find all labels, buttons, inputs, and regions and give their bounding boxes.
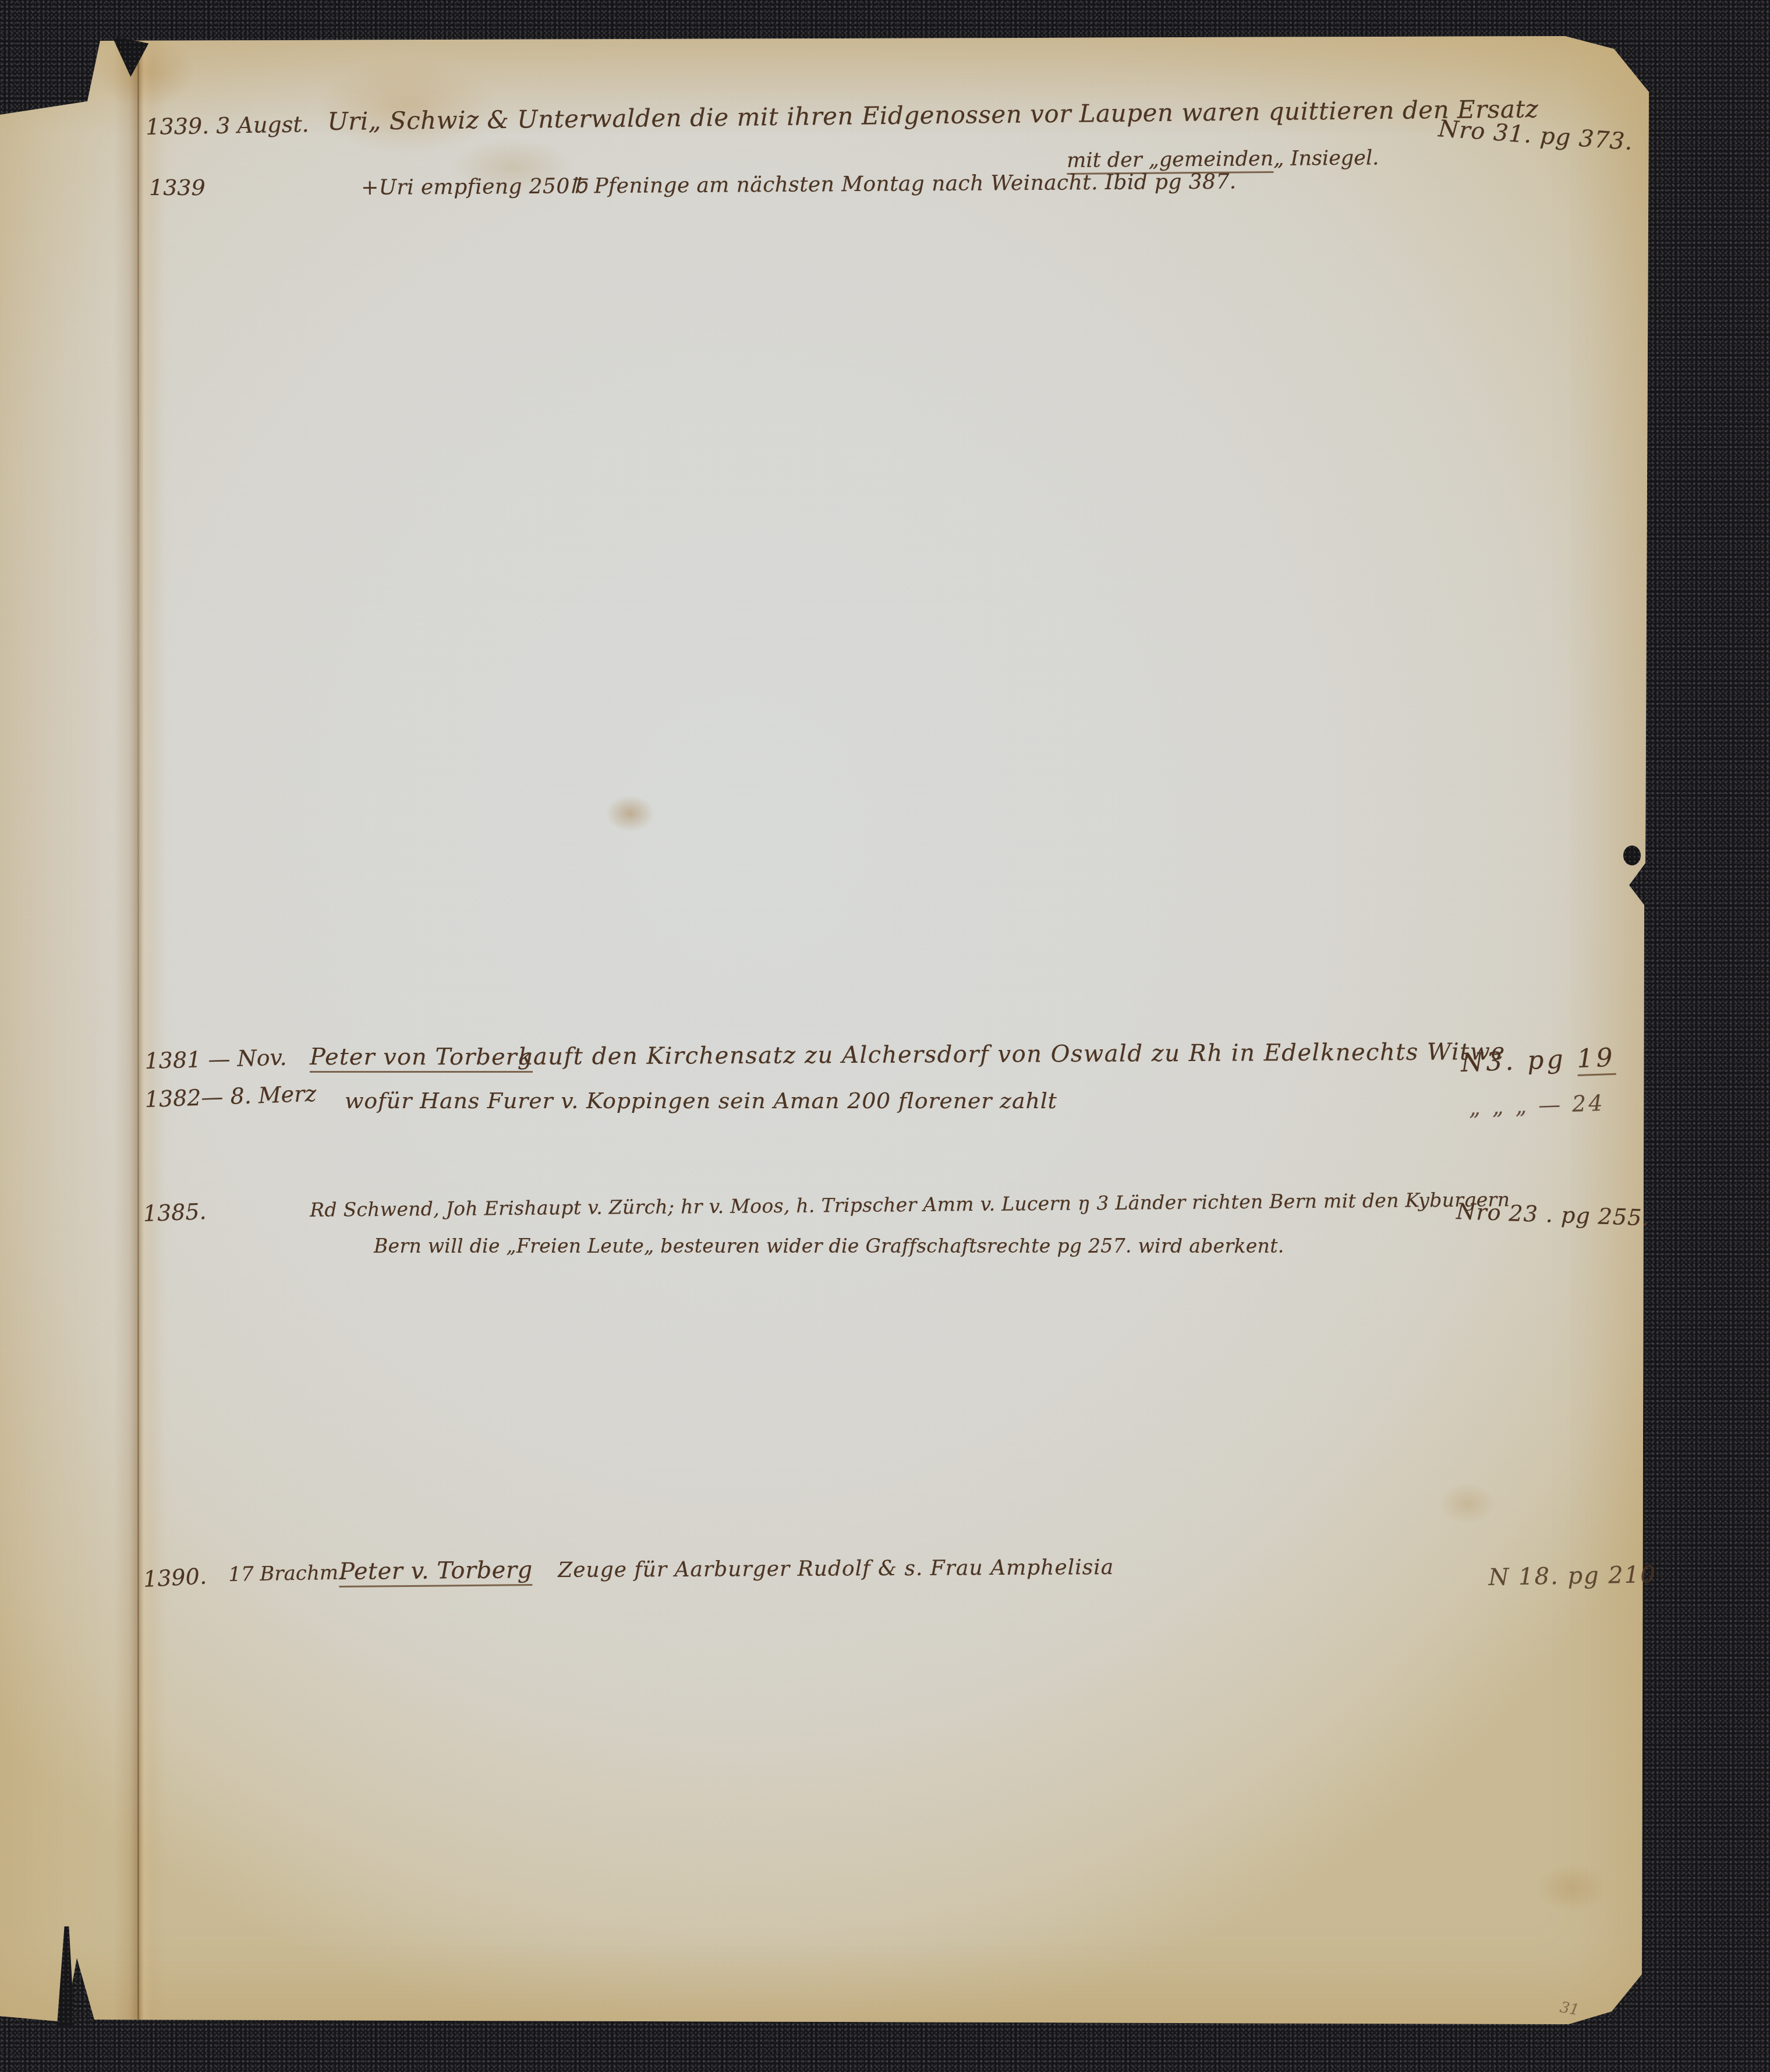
entry-text: Zeuge für Aarburger Rudolf & s. Frau Amp… [558,1555,1114,1582]
entry-text: Bern will die „Freien Leute„ besteuren w… [374,1235,1284,1257]
entry-date: 1339 [149,175,206,200]
entry-month: 17 Brachm. [228,1561,345,1586]
ref-page-underlined: 19 [1577,1043,1616,1076]
entry-date: 1339. 3 Augst. [146,111,309,140]
entry-text: wofür Hans Furer v. Koppingen sein Aman … [345,1088,1057,1113]
entry-ref: N3. pg 19 [1460,1043,1616,1078]
entry-ref: N 18. pg 210 [1488,1561,1656,1591]
entry-text: kauft den Kirchensatz zu Alchersdorf von… [518,1038,1506,1070]
entry-insertion: mit der „gemeinden„ Insiegel. [1067,146,1379,172]
entry-date: 1385. [143,1198,207,1226]
entry-name-underlined: Peter von Torberg [310,1044,533,1073]
fold-crease-line [137,36,139,2024]
paper-aging-shading [0,36,1649,2024]
entry-name-underlined: Peter v. Torberg [339,1557,533,1587]
insertion-rest: Insiegel. [1284,146,1379,170]
corner-mark: 31 [1559,1999,1581,2019]
insertion-mark: „ [1273,147,1284,171]
fold-crease [114,36,165,2024]
manuscript-page [0,36,1649,2024]
entry-ref: „ „ „ — 24 [1468,1090,1605,1120]
ref-number: N3. pg [1460,1044,1577,1078]
entry-date: 1381 — Nov. [144,1045,287,1074]
entry-date: 1390. [143,1563,207,1592]
